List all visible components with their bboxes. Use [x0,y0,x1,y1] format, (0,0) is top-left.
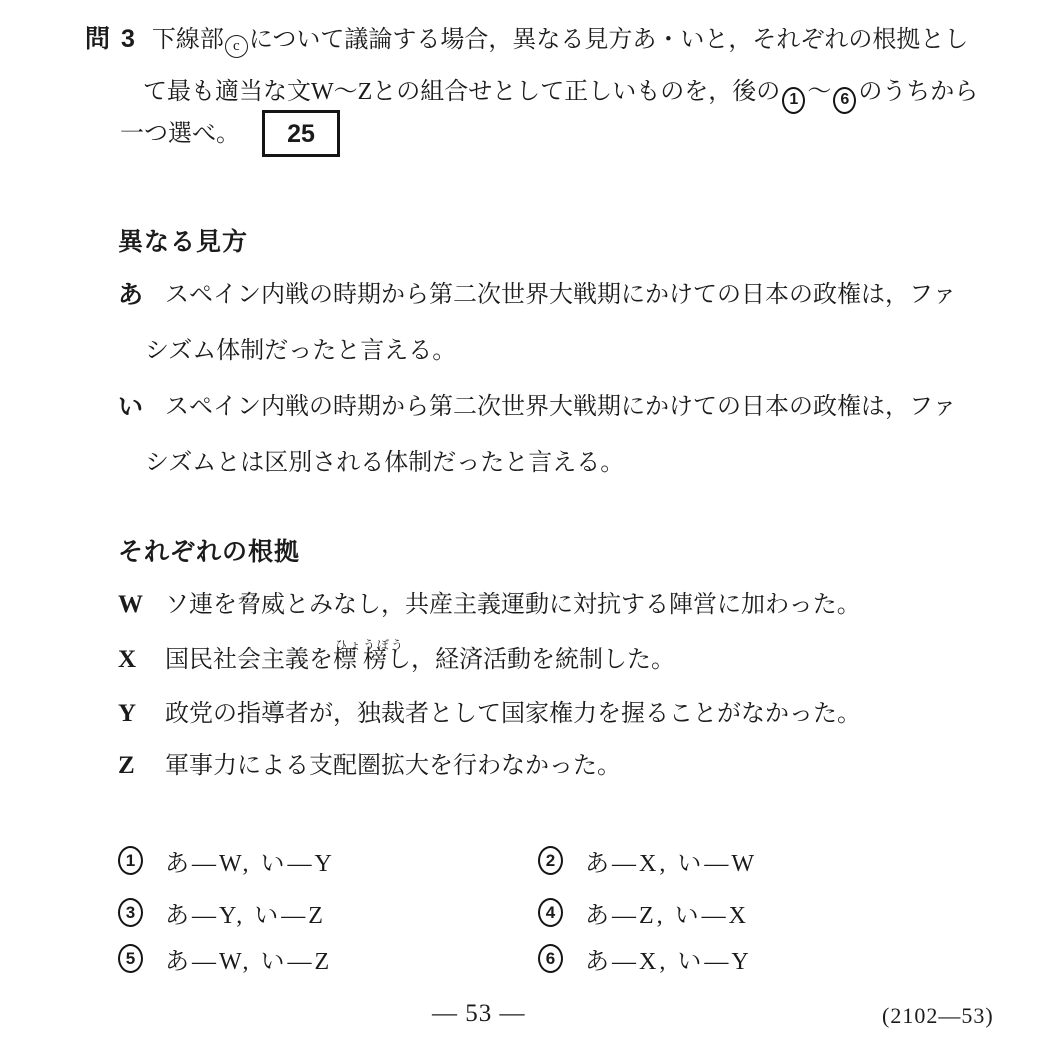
option-5-text: あ―W, い―Z [165,941,332,976]
ground-y-label: Y [118,697,148,731]
ground-x-text-before: 国民社会主義を [165,647,333,673]
viewpoint-i-line1: い スペイン内戦の時期から第二次世界大戦期にかけての日本の政権は，ファ [118,390,957,424]
question-line-3: 一つ選べ。 25 [120,110,340,157]
furigana-hyobo: ひょうぼう [335,628,405,662]
option-5-circled-number-icon: 5 [118,944,143,973]
circled-number-6-icon: 6 [833,87,856,114]
viewpoint-i-line2: シズムとは区別される体制だったと言える。 [145,446,624,480]
ground-x-row: X 国民社会主義をひょうぼう標 榜し，経済活動を統制した。 [118,643,675,677]
page-number: — 53 — [432,1000,526,1028]
question-line3-text: 一つ選べ。 [120,117,240,151]
option-3-text: あ―Y, い―Z [165,895,326,930]
ground-z-label: Z [118,749,148,783]
ground-x-text-after: し，経済活動を統制した。 [387,647,675,673]
ground-z-text: 軍事力による支配圏拡大を行わなかった。 [165,749,621,783]
circled-number-1-icon: 1 [782,87,805,114]
question-number-label: 問 3 [85,25,137,53]
option-2-text: あ―X, い―W [585,843,757,878]
question-line2-before: て最も適当な文W～Zとの組合せとして正しいものを，後の [143,79,780,105]
option-3-circled-number-icon: 3 [118,898,143,927]
question-line-1: 問 3下線部cについて議論する場合，異なる見方あ・いと，それぞれの根拠とし [85,22,968,58]
option-1: 1 あ―W, い―Y [118,843,335,878]
circled-c-annotation: c [225,35,248,58]
option-1-circled-number-icon: 1 [118,846,143,875]
viewpoint-i-label: い [118,390,148,424]
question-line-2: て最も適当な文W～Zとの組合せとして正しいものを，後の1～6のうちから [143,75,978,114]
range-tilde: ～ [807,79,831,105]
option-6-circled-number-icon: 6 [538,944,563,973]
exam-page: { "page": { "background_color": "#ffffff… [0,0,1055,1055]
viewpoints-heading: 異なる見方 [118,222,248,258]
option-2-circled-number-icon: 2 [538,846,563,875]
option-6-text: あ―X, い―Y [585,941,752,976]
ground-w-label: W [118,588,148,622]
answer-number-box: 25 [262,110,340,157]
document-code: (2102—53) [882,1003,994,1029]
ground-y-text: 政党の指導者が，独裁者として国家権力を握ることがなかった。 [165,697,861,731]
option-3: 3 あ―Y, い―Z [118,895,326,930]
option-4-text: あ―Z, い―X [585,895,749,930]
grounds-heading: それぞれの根拠 [118,532,300,568]
ground-x-label: X [118,643,148,677]
option-4-circled-number-icon: 4 [538,898,563,927]
ruby-hyobo: ひょうぼう標 榜 [333,643,387,677]
viewpoint-a-line1: あ スペイン内戦の時期から第二次世界大戦期にかけての日本の政権は，ファ [118,278,957,312]
viewpoint-a-line2: シズム体制だったと言える。 [145,334,456,368]
viewpoint-i-text1: スペイン内戦の時期から第二次世界大戦期にかけての日本の政権は，ファ [165,390,957,424]
viewpoint-a-label: あ [118,278,148,312]
viewpoint-a-text1: スペイン内戦の時期から第二次世界大戦期にかけての日本の政権は，ファ [165,278,957,312]
option-1-text: あ―W, い―Y [165,843,335,878]
ground-x-text: 国民社会主義をひょうぼう標 榜し，経済活動を統制した。 [165,643,675,677]
option-6: 6 あ―X, い―Y [538,941,752,976]
option-5: 5 あ―W, い―Z [118,941,332,976]
ground-w-text: ソ連を脅威とみなし，共産主義運動に対抗する陣営に加わった。 [165,588,861,622]
option-2: 2 あ―X, い―W [538,843,757,878]
ground-z-row: Z 軍事力による支配圏拡大を行わなかった。 [118,749,621,783]
question-line1-after: について議論する場合，異なる見方あ・いと，それぞれの根拠とし [249,27,969,53]
option-4: 4 あ―Z, い―X [538,895,749,930]
ground-w-row: W ソ連を脅威とみなし，共産主義運動に対抗する陣営に加わった。 [118,588,861,622]
question-line2-after: のうちから [858,79,978,105]
question-line1-before: 下線部 [152,27,224,53]
ground-y-row: Y 政党の指導者が，独裁者として国家権力を握ることがなかった。 [118,697,861,731]
